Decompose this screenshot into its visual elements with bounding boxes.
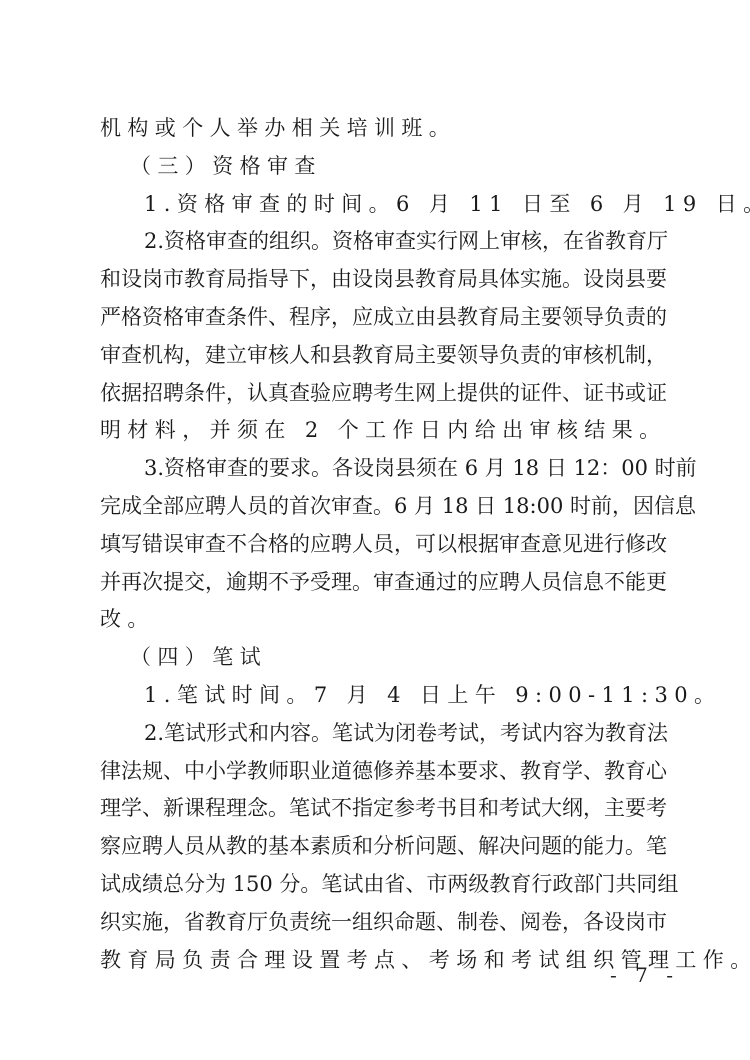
paragraph-line: 填写错误审查不合格的应聘人员，可以根据审查意见进行修改 — [100, 526, 656, 564]
paragraph-line: 改。 — [100, 601, 656, 639]
paragraph-line: 和设岗市教育局指导下，由设岗县教育局具体实施。设岗县要 — [100, 261, 656, 299]
paragraph-line: 织实施，省教育厅负责统一组织命题、制卷、阅卷，各设岗市 — [100, 904, 656, 942]
section-heading-qualification-review: （三）资格审查 — [100, 148, 656, 186]
paragraph-line: 1.笔试时间。7 月 4 日上午 9:00-11:30。 — [100, 677, 656, 715]
paragraph-line: 完成全部应聘人员的首次审查。6 月 18 日 18:00 时前，因信息 — [100, 488, 656, 526]
paragraph-line: 2.资格审查的组织。资格审查实行网上审核，在省教育厅 — [100, 223, 656, 261]
paragraph-line: 依据招聘条件，认真查验应聘考生网上提供的证件、证书或证 — [100, 375, 656, 413]
paragraph-line: 机构或个人举办相关培训班。 — [100, 110, 656, 148]
paragraph-line: 察应聘人员从教的基本素质和分析问题、解决问题的能力。笔 — [100, 828, 656, 866]
paragraph-line: 试成绩总分为 150 分。笔试由省、市两级教育行政部门共同组 — [100, 866, 656, 904]
document-body: 机构或个人举办相关培训班。 （三）资格审查 1.资格审查的时间。6 月 11 日… — [100, 110, 656, 979]
section-heading-written-exam: （四）笔试 — [100, 639, 656, 677]
paragraph-line: 严格资格审查条件、程序，应成立由县教育局主要领导负责的 — [100, 299, 656, 337]
paragraph-line: 并再次提交，逾期不予受理。审查通过的应聘人员信息不能更 — [100, 564, 656, 602]
paragraph-line: 3.资格审查的要求。各设岗县须在 6 月 18 日 12：00 时前 — [100, 450, 656, 488]
paragraph-line: 2.笔试形式和内容。笔试为闭卷考试，考试内容为教育法 — [100, 715, 656, 753]
paragraph-line: 教育局负责合理设置考点、考场和考试组织管理工作。 — [100, 942, 656, 980]
paragraph-line: 审查机构，建立审核人和县教育局主要领导负责的审核机制， — [100, 337, 656, 375]
page-number: - 7 - — [610, 963, 679, 987]
paragraph-line: 明材料，并须在 2 个工作日内给出审核结果。 — [100, 412, 656, 450]
paragraph-line: 理学、新课程理念。笔试不指定参考书目和考试大纲，主要考 — [100, 790, 656, 828]
paragraph-line: 1.资格审查的时间。6 月 11 日至 6 月 19 日。 — [100, 186, 656, 224]
paragraph-line: 律法规、中小学教师职业道德修养基本要求、教育学、教育心 — [100, 753, 656, 791]
